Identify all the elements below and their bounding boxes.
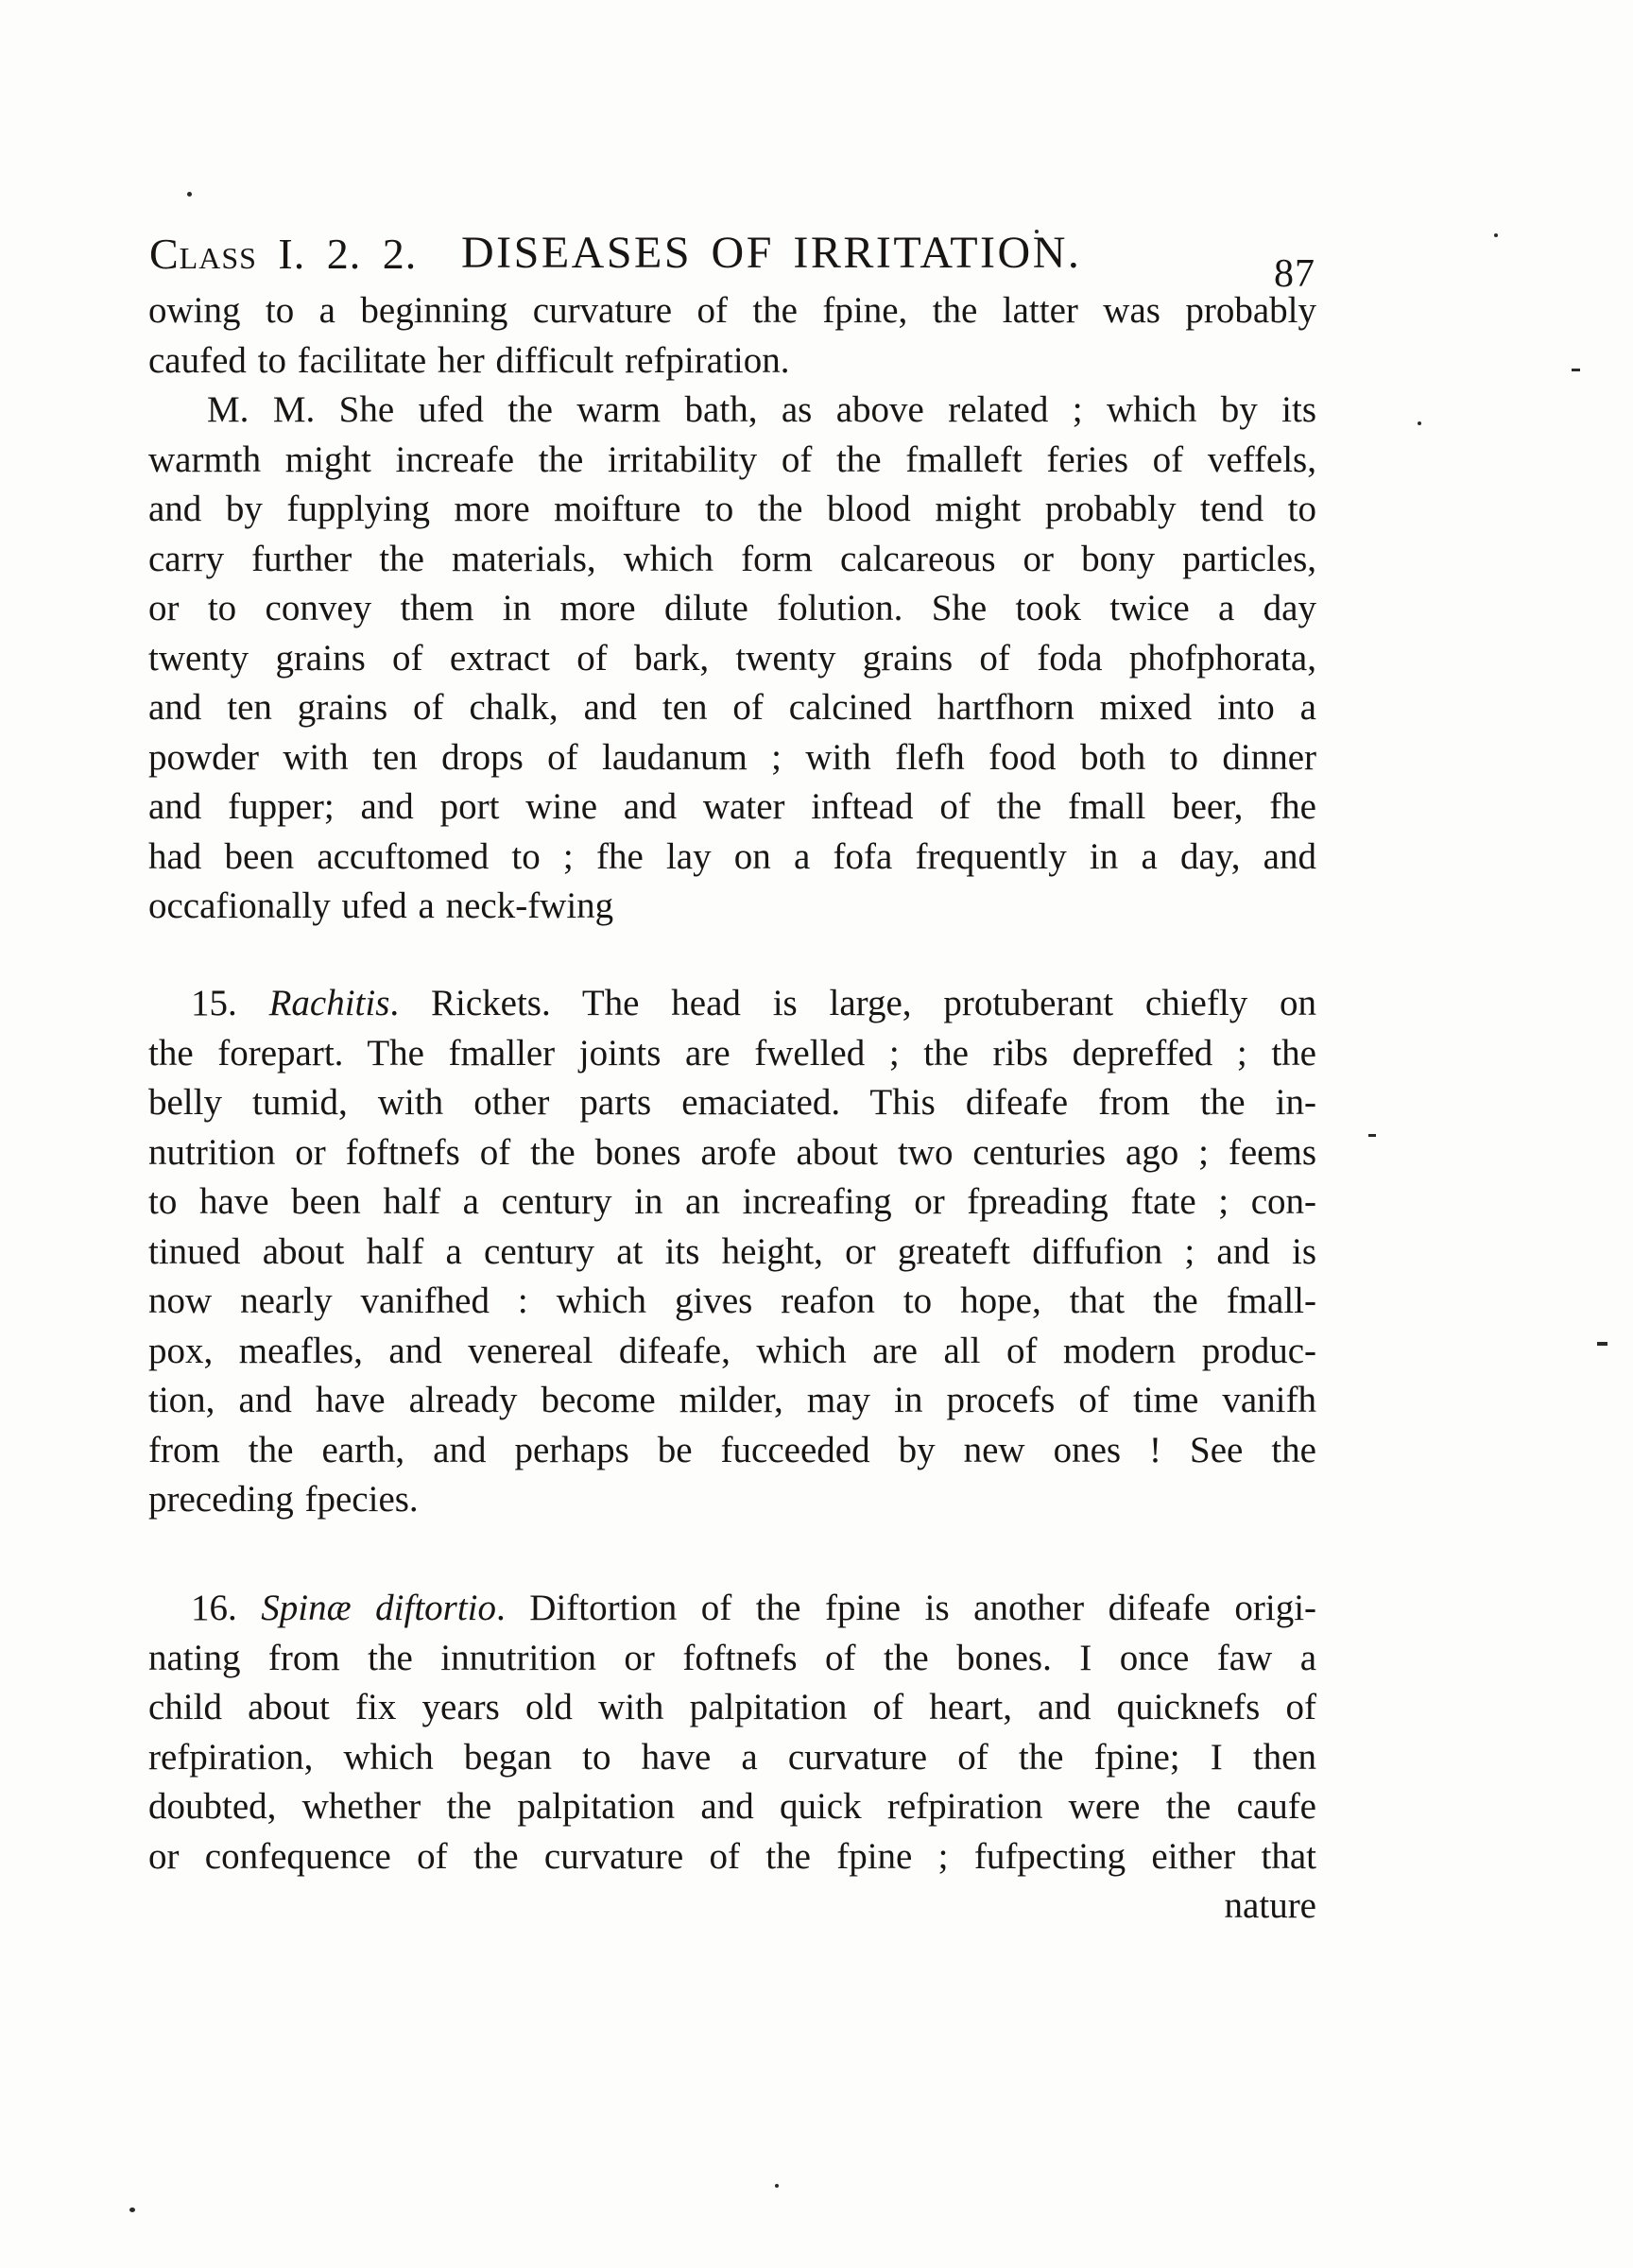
book-page: Class I. 2. 2. DISEASES OF IRRITATION. 8… (0, 0, 1633, 2268)
paragraph-treatment: M. M. She ufed the warm bath, as above r… (148, 386, 1316, 932)
text-line: occafionally ufed a neck-fwing (148, 882, 1316, 932)
text-line: refpiration, which began to have a curva… (148, 1733, 1316, 1783)
ink-speck (775, 2184, 779, 2188)
text-line: tion, and have already become milder, ma… (148, 1376, 1316, 1426)
text-line: and fupper; and port wine and water inft… (148, 782, 1316, 833)
ink-speck (1418, 421, 1421, 425)
text-line: child about fix years old with palpitati… (148, 1683, 1316, 1733)
text-line: powder with ten drops of laudanum ; with… (148, 733, 1316, 783)
ink-speck (187, 192, 192, 197)
text-line: or confequence of the curvature of the f… (148, 1832, 1316, 1882)
text-line: carry further the materials, which form … (148, 535, 1316, 585)
ink-speck (1597, 1342, 1607, 1346)
text-line: 15. Rachitis. Rickets. The head is large… (148, 979, 1316, 1029)
ink-speck (1368, 1134, 1376, 1137)
text-line: owing to a beginning curvature of the fp… (148, 286, 1316, 336)
text-line: doubted, whether the palpitation and qui… (148, 1782, 1316, 1832)
text-line: tinued about half a century at its heigh… (148, 1228, 1316, 1278)
text-line: 16. Spinæ diftortio. Diftortion of the f… (148, 1584, 1316, 1634)
text-line: the forepart. The fmaller joints are fwe… (148, 1029, 1316, 1079)
text-line: twenty grains of extract of bark, twenty… (148, 634, 1316, 684)
text-line: belly tumid, with other parts emaciated.… (148, 1078, 1316, 1128)
text-line: nating from the innutrition or foftnefs … (148, 1634, 1316, 1684)
text-line: to have been half a century in an increa… (148, 1177, 1316, 1228)
text-line: and ten grains of chalk, and ten of calc… (148, 683, 1316, 733)
text-line: nutrition or foftnefs of the bones arofe… (148, 1128, 1316, 1178)
text-line: preceding fpecies. (148, 1475, 1316, 1525)
text-line: or to convey them in more dilute folutio… (148, 584, 1316, 634)
ink-speck (1572, 369, 1580, 371)
ink-speck (1035, 230, 1039, 233)
paragraph-continued: owing to a beginning curvature of the fp… (148, 286, 1316, 386)
section-label: Class I. 2. 2. (149, 229, 417, 279)
text-line: had been accuftomed to ; fhe lay on a fo… (148, 833, 1316, 883)
catchword: nature (148, 1881, 1316, 1932)
text-line: pox, meafles, and venereal difeafe, whic… (148, 1327, 1316, 1377)
text-line: warmth might increafe the irritability o… (148, 436, 1316, 486)
paragraph-spinae-distortio: 16. Spinæ diftortio. Diftortion of the f… (148, 1584, 1316, 1881)
ink-speck (129, 2208, 135, 2212)
text-line: from the earth, and perhaps be fucceeded… (148, 1426, 1316, 1476)
text-line: M. M. She ufed the warm bath, as above r… (148, 386, 1316, 436)
page-title: DISEASES OF IRRITATION. (461, 227, 1081, 279)
paragraph-rachitis: 15. Rachitis. Rickets. The head is large… (148, 979, 1316, 1525)
text-line: and by fupplying more moifture to the bl… (148, 485, 1316, 535)
text-line: caufed to facilitate her difficult refpi… (148, 336, 1316, 387)
ink-speck (1494, 233, 1498, 237)
text-line: now nearly vanifhed : which gives reafon… (148, 1277, 1316, 1327)
